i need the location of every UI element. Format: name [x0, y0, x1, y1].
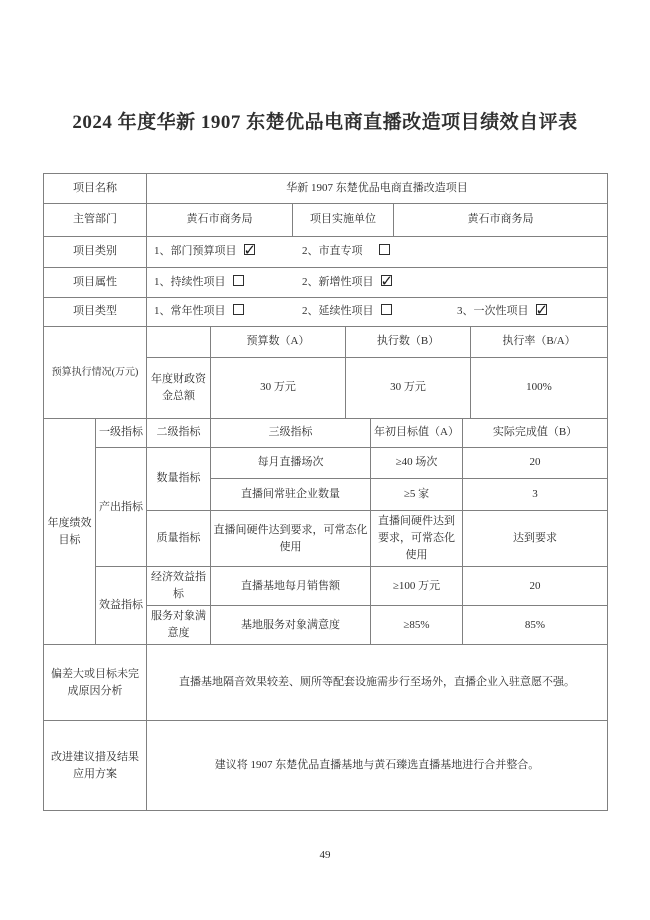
indicator-target: 直播间硬件达到要求，可常态化使用 [371, 511, 463, 567]
indicator-actual: 20 [463, 567, 608, 606]
checkbox-icon [381, 304, 392, 315]
project-category-options: 1、部门预算项目2、市直专项 [147, 237, 608, 268]
indicator-actual: 达到要求 [463, 511, 608, 567]
category-option-1-label: 1、部门预算项目 [154, 245, 237, 257]
type-option-3-label: 3、一次性项目 [457, 305, 529, 317]
project-attribute-options: 1、持续性项目2、新增性项目 [147, 268, 608, 298]
row-perf-header: 年度绩效目标 一级指标 二级指标 三级指标 年初目标值（A） 实际完成值（B） [44, 419, 608, 448]
category-option-2-label: 2、市直专项 [302, 245, 363, 257]
row-project-type: 项目类型 1、常年性项目2、延续性项目3、一次性项目 [44, 298, 608, 327]
project-name-label: 项目名称 [44, 174, 147, 204]
project-type-options: 1、常年性项目2、延续性项目3、一次性项目 [147, 298, 608, 327]
perf-goal-label: 年度绩效目标 [44, 419, 96, 645]
document-page: 2024 年度华新 1907 东楚优品电商直播改造项目绩效自评表 项目名称 华新… [0, 0, 650, 920]
indicator-actual: 3 [463, 479, 608, 511]
supervisor-dept-value: 黄石市商务局 [147, 204, 293, 237]
indicator-l2-satisfaction: 服务对象满意度 [147, 606, 211, 645]
row-project-category: 项目类别 1、部门预算项目2、市直专项 [44, 237, 608, 268]
exec-amount-value: 30 万元 [346, 358, 471, 419]
indicator-target: ≥100 万元 [371, 567, 463, 606]
budget-section-label: 预算执行情况(万元) [44, 327, 147, 419]
row-improvement-plan: 改进建议措及结果应用方案 建议将 1907 东楚优品直播基地与黄石臻选直播基地进… [44, 721, 608, 811]
budget-col-header-exec: 执行数（B） [346, 327, 471, 358]
perf-row-monthly-sessions: 产出指标 数量指标 每月直播场次 ≥40 场次 20 [44, 448, 608, 479]
page-title: 2024 年度华新 1907 东楚优品电商直播改造项目绩效自评表 [0, 107, 650, 134]
budget-col-header-budget: 预算数（A） [211, 327, 346, 358]
budget-amount-value: 30 万元 [211, 358, 346, 419]
checkbox-icon [381, 275, 392, 286]
indicator-l3: 直播间硬件达到要求，可常态化使用 [211, 511, 371, 567]
indicator-l3: 直播间常驻企业数量 [211, 479, 371, 511]
improvement-label: 改进建议措及结果应用方案 [44, 721, 147, 811]
budget-header-spacer [147, 327, 211, 358]
indicator-l3: 基地服务对象满意度 [211, 606, 371, 645]
attribute-option-1-label: 1、持续性项目 [154, 276, 226, 288]
annual-fund-label: 年度财政资金总额 [147, 358, 211, 419]
budget-col-header-rate: 执行率（B/A） [471, 327, 608, 358]
checkbox-icon [536, 304, 547, 315]
type-option-3: 3、一次性项目 [457, 303, 547, 320]
row-project-attribute: 项目属性 1、持续性项目2、新增性项目 [44, 268, 608, 298]
indicator-actual: 20 [463, 448, 608, 479]
category-option-1: 1、部门预算项目 [154, 243, 302, 260]
indicator-target: ≥5 家 [371, 479, 463, 511]
row-departments: 主管部门 黄石市商务局 项目实施单位 黄石市商务局 [44, 204, 608, 237]
type-option-2: 2、延续性项目 [302, 303, 457, 320]
indicator-target: ≥85% [371, 606, 463, 645]
indicator-l2-economic: 经济效益指标 [147, 567, 211, 606]
indicator-target: ≥40 场次 [371, 448, 463, 479]
project-type-label: 项目类型 [44, 298, 147, 327]
type-option-1: 1、常年性项目 [154, 303, 302, 320]
indicator-l2-quantity: 数量指标 [147, 448, 211, 511]
checkbox-icon [233, 275, 244, 286]
attribute-option-2-label: 2、新增性项目 [302, 276, 374, 288]
indicator-l2-quality: 质量指标 [147, 511, 211, 567]
project-category-label: 项目类别 [44, 237, 147, 268]
checkbox-icon [379, 244, 390, 255]
impl-unit-value: 黄石市商务局 [394, 204, 608, 237]
row-deviation-analysis: 偏差大或目标未完成原因分析 直播基地隔音效果较差、厕所等配套设施需步行至场外，直… [44, 645, 608, 721]
supervisor-dept-label: 主管部门 [44, 204, 147, 237]
category-option-2: 2、市直专项 [302, 243, 390, 260]
indicator-l1-benefit: 效益指标 [96, 567, 147, 645]
perf-header-l1: 一级指标 [96, 419, 147, 448]
row-project-name: 项目名称 华新 1907 东楚优品电商直播改造项目 [44, 174, 608, 204]
perf-row-monthly-sales: 效益指标 经济效益指标 直播基地每月销售额 ≥100 万元 20 [44, 567, 608, 606]
page-number: 49 [0, 849, 650, 861]
attribute-option-1: 1、持续性项目 [154, 274, 302, 291]
perf-header-actual: 实际完成值（B） [463, 419, 608, 448]
perf-header-l2: 二级指标 [147, 419, 211, 448]
deviation-value: 直播基地隔音效果较差、厕所等配套设施需步行至场外，直播企业入驻意愿不强。 [147, 645, 608, 721]
indicator-l1-output: 产出指标 [96, 448, 147, 567]
exec-rate-value: 100% [471, 358, 608, 419]
checkbox-icon [233, 304, 244, 315]
type-option-2-label: 2、延续性项目 [302, 305, 374, 317]
indicator-l3: 每月直播场次 [211, 448, 371, 479]
project-attribute-label: 项目属性 [44, 268, 147, 298]
project-name-value: 华新 1907 东楚优品电商直播改造项目 [147, 174, 608, 204]
indicator-l3: 直播基地每月销售额 [211, 567, 371, 606]
indicator-actual: 85% [463, 606, 608, 645]
perf-header-target: 年初目标值（A） [371, 419, 463, 448]
improvement-value: 建议将 1907 东楚优品直播基地与黄石臻选直播基地进行合并整合。 [147, 721, 608, 811]
type-option-1-label: 1、常年性项目 [154, 305, 226, 317]
checkbox-icon [244, 244, 255, 255]
impl-unit-label: 项目实施单位 [293, 204, 394, 237]
perf-header-l3: 三级指标 [211, 419, 371, 448]
self-evaluation-table: 项目名称 华新 1907 东楚优品电商直播改造项目 主管部门 黄石市商务局 项目… [43, 173, 608, 811]
attribute-option-2: 2、新增性项目 [302, 274, 392, 291]
row-budget-header: 预算执行情况(万元) 预算数（A） 执行数（B） 执行率（B/A） [44, 327, 608, 358]
deviation-label: 偏差大或目标未完成原因分析 [44, 645, 147, 721]
